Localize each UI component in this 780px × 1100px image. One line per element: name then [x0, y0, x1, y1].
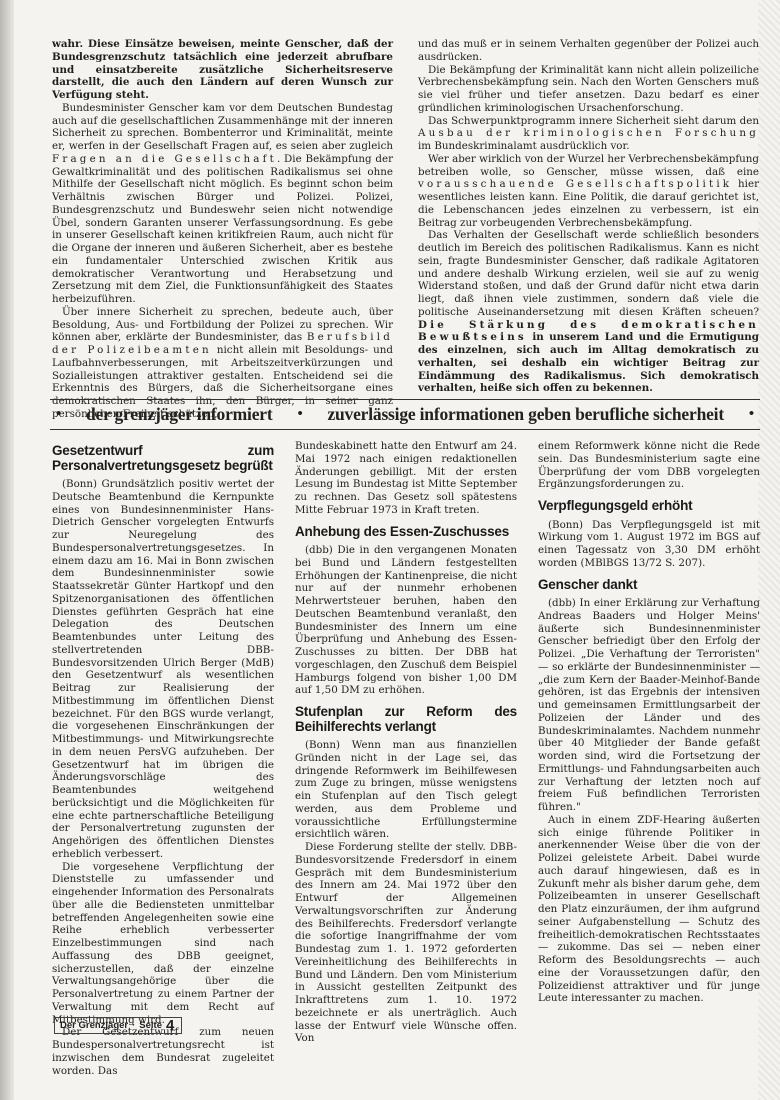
headline-essen-zuschuss: Anhebung des Essen-Zuschusses	[295, 525, 517, 540]
news-column-1: Gesetzentwurf zum Personalvertretungsges…	[52, 440, 274, 1077]
emphasized-phrase: Fragen an die Gesellschaft	[52, 153, 277, 165]
article-paragraph: Das Verhalten der Gesellschaft werde sch…	[418, 229, 759, 395]
text-run: Das Verhalten der Gesellschaft werde sch…	[418, 229, 759, 318]
page-number: 4	[166, 1017, 174, 1034]
emphasized-phrase: vorausschauende Gesellschaftspolitik	[418, 178, 732, 190]
article-paragraph: Auch in einem ZDF-Hearing äußerten sich …	[538, 814, 760, 1005]
article-paragraph: Die vorgesehene Verpflichtung der Dienst…	[52, 861, 274, 1027]
article-paragraph: (dbb) In einer Erklärung zur Verhaftung …	[538, 597, 760, 814]
text-run: im Bundeskriminalamt ausdrücklich vor.	[418, 140, 630, 152]
text-run: Die Bekämpfung der Kriminalität kann nic…	[418, 64, 759, 114]
text-run: . Die Bekämpfung der Gewaltkriminalität …	[52, 153, 393, 305]
bullet-icon: •	[297, 406, 302, 423]
news-column-2: Bundeskabinett hatte den Entwurf am 24. …	[295, 440, 517, 1077]
article-paragraph: wahr. Diese Einsätze beweisen, meinte Ge…	[52, 38, 393, 102]
text-run: Bundesminister Genscher kam vor dem Deut…	[52, 102, 393, 152]
text-run: Das Schwerpunktprogramm innere Sicherhei…	[428, 115, 759, 127]
article-paragraph: Wer aber wirklich von der Wurzel her Ver…	[418, 153, 759, 230]
banner-strip: • der grenzjäger informiert • zuverlässi…	[50, 399, 760, 430]
bullet-icon: •	[56, 406, 61, 423]
banner-text-1: der grenzjäger informiert	[86, 404, 272, 425]
article-paragraph: und das muß er in seinem Verhalten gegen…	[418, 38, 759, 64]
headline-personalvertretung: Gesetzentwurf zum Personalvertretungsges…	[52, 444, 274, 473]
news-column-3: einem Reformwerk könne nicht die Rede se…	[538, 440, 760, 1077]
article-continuation: einem Reformwerk könne nicht die Rede se…	[538, 440, 760, 491]
page-footer: Der Grenzjäger · Seite 4	[54, 1017, 182, 1034]
top-column-left: wahr. Diese Einsätze beweisen, meinte Ge…	[52, 38, 393, 421]
article-paragraph: Das Schwerpunktprogramm innere Sicherhei…	[418, 115, 759, 153]
article-paragraph: (Bonn) Wenn man aus finanziellen Gründen…	[295, 739, 517, 841]
top-column-right: und das muß er in seinem Verhalten gegen…	[418, 38, 759, 421]
article-paragraph: Diese Forderung stellte der stellv. DBB-…	[295, 841, 517, 1045]
publication-name: Der Grenzjäger	[60, 1020, 128, 1031]
headline-verpflegungsgeld: Verpflegungsgeld erhöht	[538, 499, 760, 514]
scan-edge-noise	[758, 0, 780, 1100]
article-paragraph: Die Bekämpfung der Kriminalität kann nic…	[418, 64, 759, 115]
headline-genscher-dankt: Genscher dankt	[538, 578, 760, 593]
article-paragraph: (Bonn) Das Verpflegungsgeld ist mit Wirk…	[538, 519, 760, 570]
banner-text-2: zuverlässige informationen geben berufli…	[327, 404, 724, 425]
article-paragraph: (dbb) Die in den vergangenen Monaten bei…	[295, 544, 517, 697]
article-paragraph: Bundesminister Genscher kam vor dem Deut…	[52, 102, 393, 306]
bullet-icon: •	[749, 406, 754, 423]
article-continuation: Bundeskabinett hatte den Entwurf am 24. …	[295, 440, 517, 517]
news-columns: Gesetzentwurf zum Personalvertretungsges…	[52, 440, 760, 1077]
text-run: Wer aber wirklich von der Wurzel her Ver…	[418, 153, 759, 178]
page-label: Seite	[139, 1020, 162, 1031]
article-paragraph: (Bonn) Grundsätzlich positiv wertet der …	[52, 478, 274, 861]
headline-beihilferecht: Stufenplan zur Reform des Beihilferechts…	[295, 705, 517, 734]
main-article-continuation: wahr. Diese Einsätze beweisen, meinte Ge…	[52, 38, 759, 421]
scan-edge-shadow	[0, 0, 14, 1100]
emphasized-phrase: Ausbau der kriminologischen Forschung	[418, 127, 759, 139]
separator-dot: ·	[132, 1020, 135, 1031]
